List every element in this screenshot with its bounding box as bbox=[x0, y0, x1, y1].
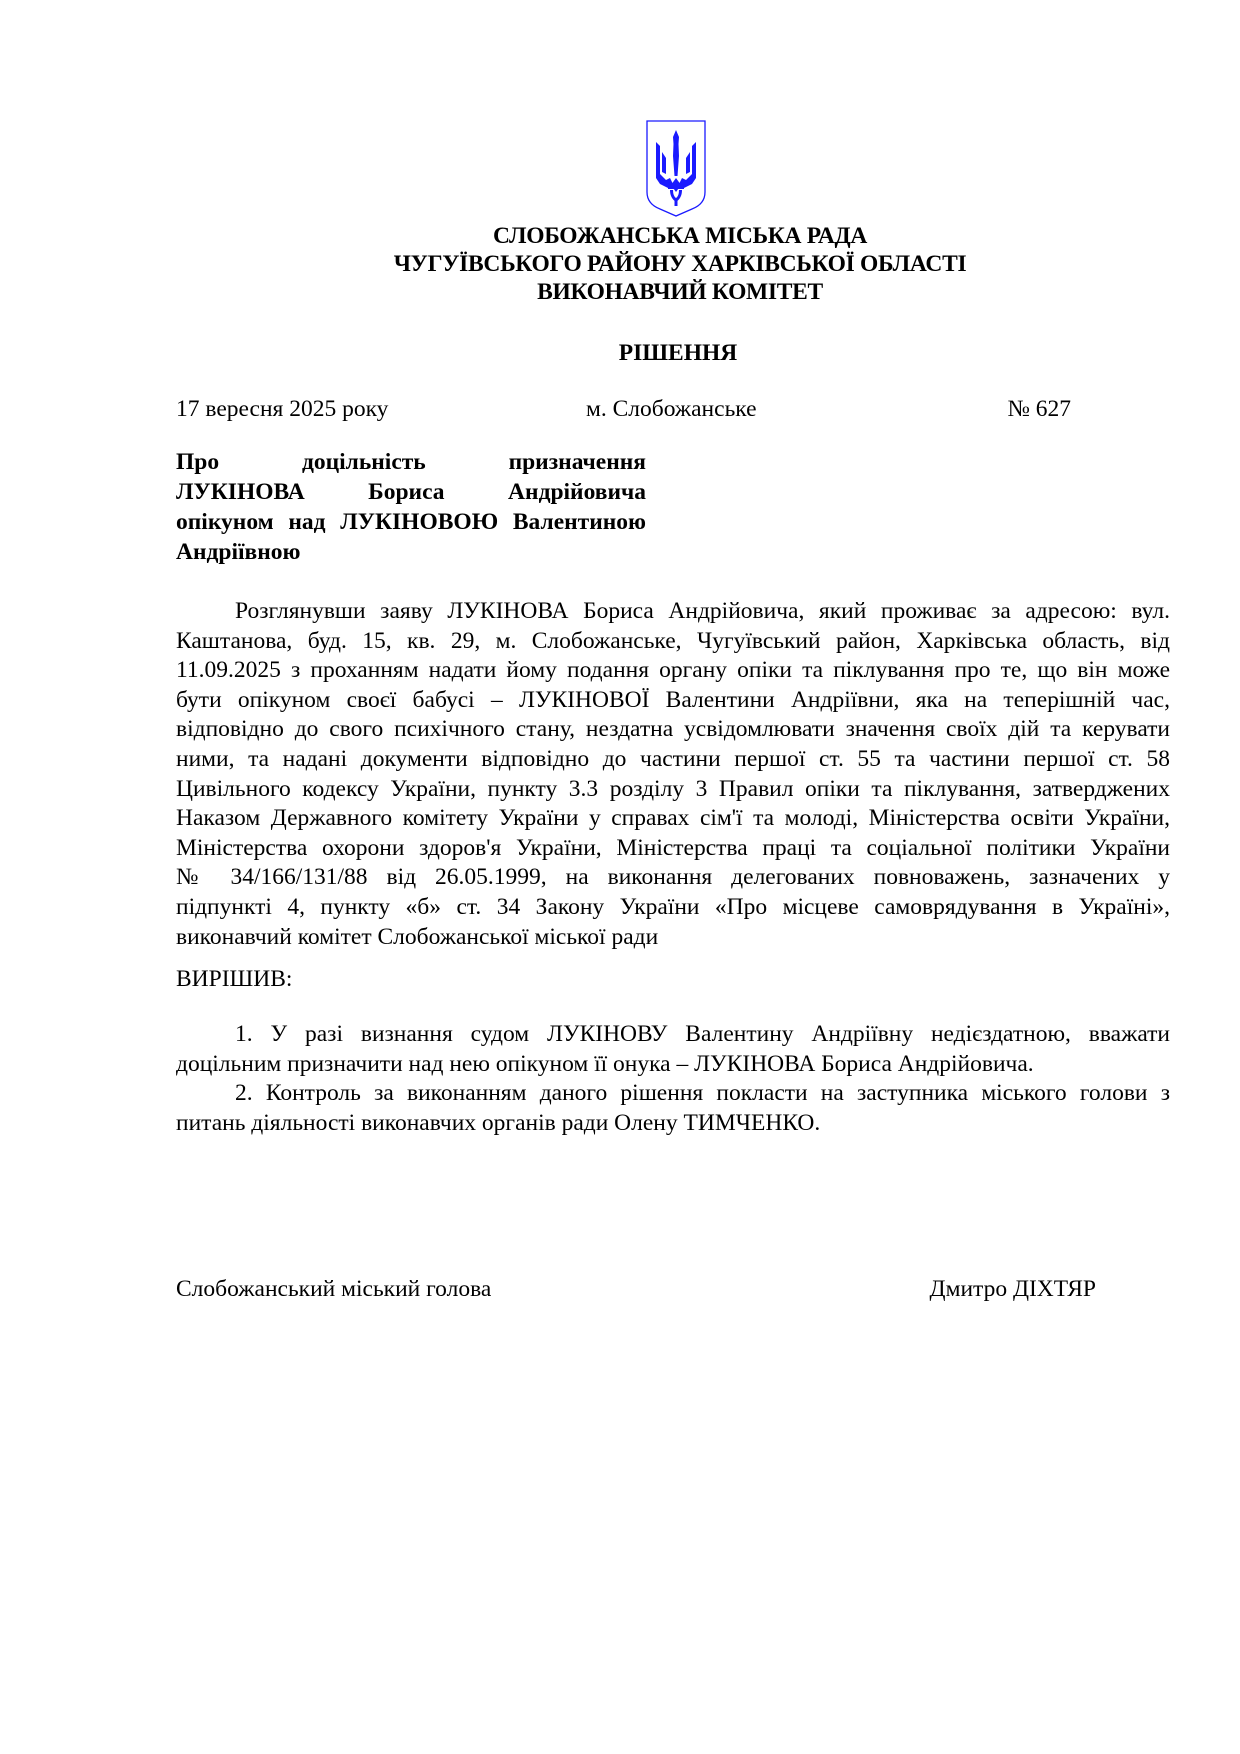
document-page: СЛОБОЖАНСЬКА МІСЬКА РАДА ЧУГУЇВСЬКОГО РА… bbox=[0, 0, 1240, 1754]
header-line-committee: ВИКОНАВЧИЙ КОМІТЕТ bbox=[0, 278, 1240, 306]
decision-subject: Про доцільність призначення ЛУКІНОВА Бор… bbox=[176, 447, 646, 567]
resolution-item-2: 2. Контроль за виконанням даного рішення… bbox=[176, 1079, 1170, 1138]
resolution-item-1: 1. У разі визнання судом ЛУКІНОВУ Валент… bbox=[176, 1020, 1170, 1079]
organization-header: СЛОБОЖАНСЬКА МІСЬКА РАДА ЧУГУЇВСЬКОГО РА… bbox=[0, 222, 1240, 306]
resolution-line: 2. Контроль за виконанням даного рішення… bbox=[176, 1079, 1170, 1109]
resolution-line: 1. У разі визнання судом ЛУКІНОВУ Валент… bbox=[176, 1020, 1170, 1050]
preamble-paragraph: Розглянувши заяву ЛУКІНОВА Бориса Андрій… bbox=[176, 597, 1170, 952]
preamble-line: ними, та надані документи відповідно до … bbox=[176, 745, 1170, 775]
document-type-title: РІШЕННЯ bbox=[0, 339, 1240, 367]
preamble-line: 11.09.2025 з проханням надати йому подан… bbox=[176, 656, 1170, 686]
preamble-line: підпункті 4, пункту «б» ст. 34 Закону Ук… bbox=[176, 893, 1170, 923]
preamble-line: № 34/166/131/88 від 26.05.1999, на викон… bbox=[176, 863, 1170, 893]
subject-line: Про доцільність призначення bbox=[176, 447, 646, 477]
preamble-line: Наказом Державного комітету України у сп… bbox=[176, 804, 1170, 834]
preamble-line: Цивільного кодексу України, пункту 3.3 р… bbox=[176, 775, 1170, 805]
resolution-list: 1. У разі визнання судом ЛУКІНОВУ Валент… bbox=[176, 1020, 1170, 1138]
subject-line: ЛУКІНОВА Бориса Андрійовича bbox=[176, 477, 646, 507]
document-meta: 17 вересня 2025 року м. Слобожанське № 6… bbox=[176, 395, 1071, 425]
preamble-line: відповідно до свого психічного стану, не… bbox=[176, 715, 1170, 745]
subject-line: опікуном над ЛУКІНОВОЮ Валентиною bbox=[176, 507, 646, 537]
preamble-line: Розглянувши заяву ЛУКІНОВА Бориса Андрій… bbox=[176, 597, 1170, 627]
header-line-council: СЛОБОЖАНСЬКА МІСЬКА РАДА bbox=[0, 222, 1240, 250]
ukraine-coat-of-arms-icon bbox=[644, 118, 708, 218]
signatory-name: Дмитро ДІХТЯР bbox=[930, 1275, 1096, 1303]
preamble-line: виконавчий комітет Слобожанської міської… bbox=[176, 923, 1170, 953]
document-date: 17 вересня 2025 року bbox=[176, 395, 388, 423]
preamble-line: Каштанова, буд. 15, кв. 29, м. Слобожанс… bbox=[176, 627, 1170, 657]
resolution-line: питань діяльності виконавчих органів рад… bbox=[176, 1109, 1170, 1139]
document-number: № 627 bbox=[1007, 395, 1071, 423]
subject-line: Андріївною bbox=[176, 537, 646, 567]
signatory-position: Слобожанський міський голова bbox=[176, 1275, 491, 1303]
decided-label: ВИРІШИВ: bbox=[176, 965, 292, 993]
document-place: м. Слобожанське bbox=[586, 395, 757, 423]
preamble-line: Міністерства охорони здоров'я України, М… bbox=[176, 834, 1170, 864]
header-line-district: ЧУГУЇВСЬКОГО РАЙОНУ ХАРКІВСЬКОЇ ОБЛАСТІ bbox=[0, 250, 1240, 278]
resolution-line: доцільним призначити над нею опікуном її… bbox=[176, 1050, 1170, 1080]
preamble-line: бути опікуном своєї бабусі – ЛУКІНОВОЇ В… bbox=[176, 686, 1170, 716]
